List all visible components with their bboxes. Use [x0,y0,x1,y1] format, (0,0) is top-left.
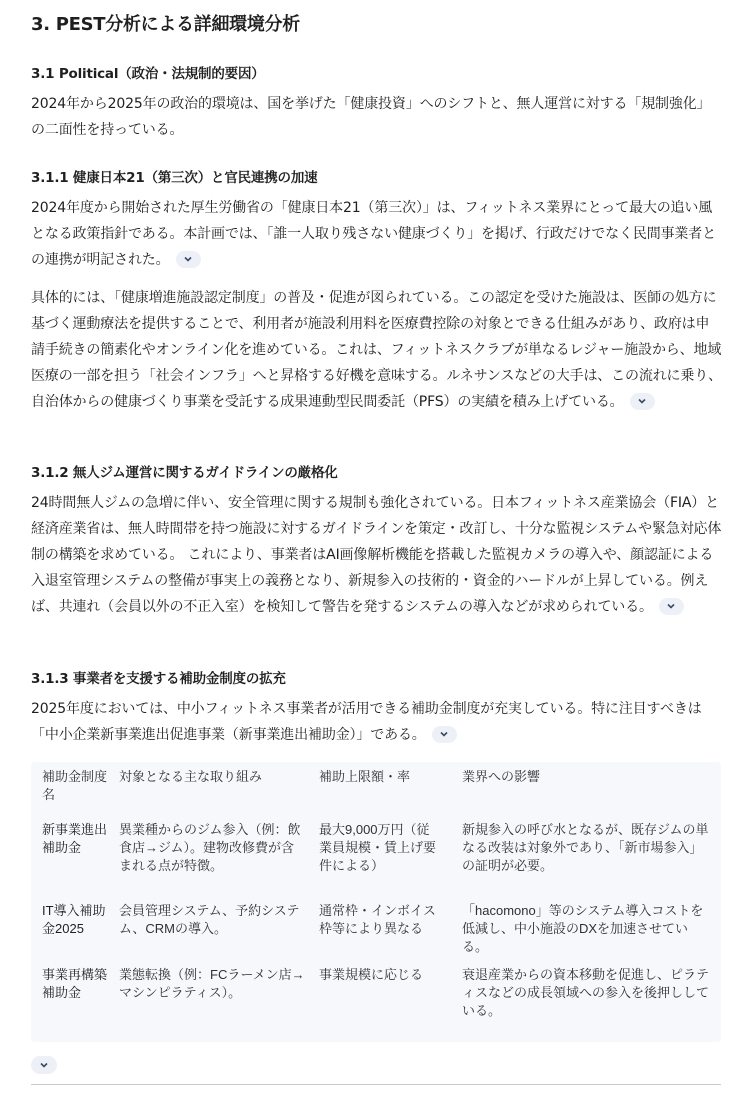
subsection-3-1-1-para-1: 2024年度から開始された厚生労働省の「健康日本21（第三次）」は、フィットネス… [31,195,723,273]
row-subsidy-name: IT導入補助金2025 [42,902,108,938]
expand-citation-button[interactable] [432,726,457,743]
paragraph-text: 具体的には、「健康増進施設認定制度」の普及・促進が図られている。この認定を受けた… [31,290,722,410]
expand-citation-button[interactable] [176,251,201,268]
expand-citation-button[interactable] [659,598,684,615]
header-impact: 業界への影響 [462,768,712,786]
row-impact: 新規参入の呼び水となるが、既存ジムの単なる改装は対象外であり、「新市場参入」の証… [462,821,712,875]
row-target: 業態転換（例：FCラーメン店→マシンピラティス）。 [119,966,305,1002]
row-limit: 通常枠・インボイス枠等により異なる [319,902,441,938]
section-divider [31,1084,721,1085]
subsection-3-1-1-para-2: 具体的には、「健康増進施設認定制度」の普及・促進が図られている。この認定を受けた… [31,285,723,415]
row-target: 異業種からのジム参入（例：飲食店→ジム）。建物改修費が含まれる点が特徴。 [119,821,305,875]
subsection-heading-3-1-3: 3.1.3 事業者を支援する補助金制度の拡充 [31,669,286,689]
chevron-down-icon [440,731,448,737]
paragraph-text: 2025年度においては、中小フィットネス事業者が活用できる補助金制度が充実してい… [31,701,702,743]
expand-citation-button[interactable] [630,393,655,410]
section-title: 3. PEST分析による詳細環境分析 [31,12,300,38]
subsection-heading-3-1-1: 3.1.1 健康日本21（第三次）と官民連携の加速 [31,168,317,188]
header-limit: 補助上限額・率 [319,768,441,786]
political-heading: 3.1 Political（政治・法規制的要因） [31,64,265,84]
chevron-down-icon [184,256,192,262]
chevron-down-icon [667,603,675,609]
paragraph-text: 24時間無人ジムの急増に伴い、安全管理に関する規制も強化されている。日本フィット… [31,495,721,615]
row-impact: 衰退産業からの資本移動を促進し、ピラティスなどの成長領域への参入を後押ししている… [462,966,712,1020]
row-subsidy-name: 事業再構築補助金 [42,966,108,1002]
subsection-heading-3-1-2: 3.1.2 無人ジム運営に関するガイドラインの厳格化 [31,463,338,483]
paragraph-text: 2024年度から開始された厚生労働省の「健康日本21（第三次）」は、フィットネス… [31,200,716,268]
header-target: 対象となる主な取り組み [119,768,305,786]
row-subsidy-name: 新事業進出補助金 [42,821,108,857]
subsection-3-1-2-para-1: 24時間無人ジムの急増に伴い、安全管理に関する規制も強化されている。日本フィット… [31,490,723,620]
political-intro: 2024年から2025年の政治的環境は、国を挙げた「健康投資」へのシフトと、無人… [31,91,723,143]
header-subsidy-name: 補助金制度名 [42,768,108,804]
chevron-down-icon [638,398,646,404]
political-intro-text: 2024年から2025年の政治的環境は、国を挙げた「健康投資」へのシフトと、無人… [31,96,710,138]
row-impact: 「hacomono」等のシステム導入コストを低減し、中小施設のDXを加速させてい… [462,902,712,956]
chevron-down-icon [40,1062,48,1068]
expand-table-sources-button[interactable] [31,1056,57,1074]
row-limit: 最大9,000万円（従業員規模・賃上げ要件による） [319,821,441,875]
subsidy-table: 補助金制度名 対象となる主な取り組み 補助上限額・率 業界への影響 新事業進出補… [31,762,721,1042]
row-limit: 事業規模に応じる [319,966,441,984]
row-target: 会員管理システム、予約システム、CRMの導入。 [119,902,305,938]
subsection-3-1-3-para-1: 2025年度においては、中小フィットネス事業者が活用できる補助金制度が充実してい… [31,696,723,748]
